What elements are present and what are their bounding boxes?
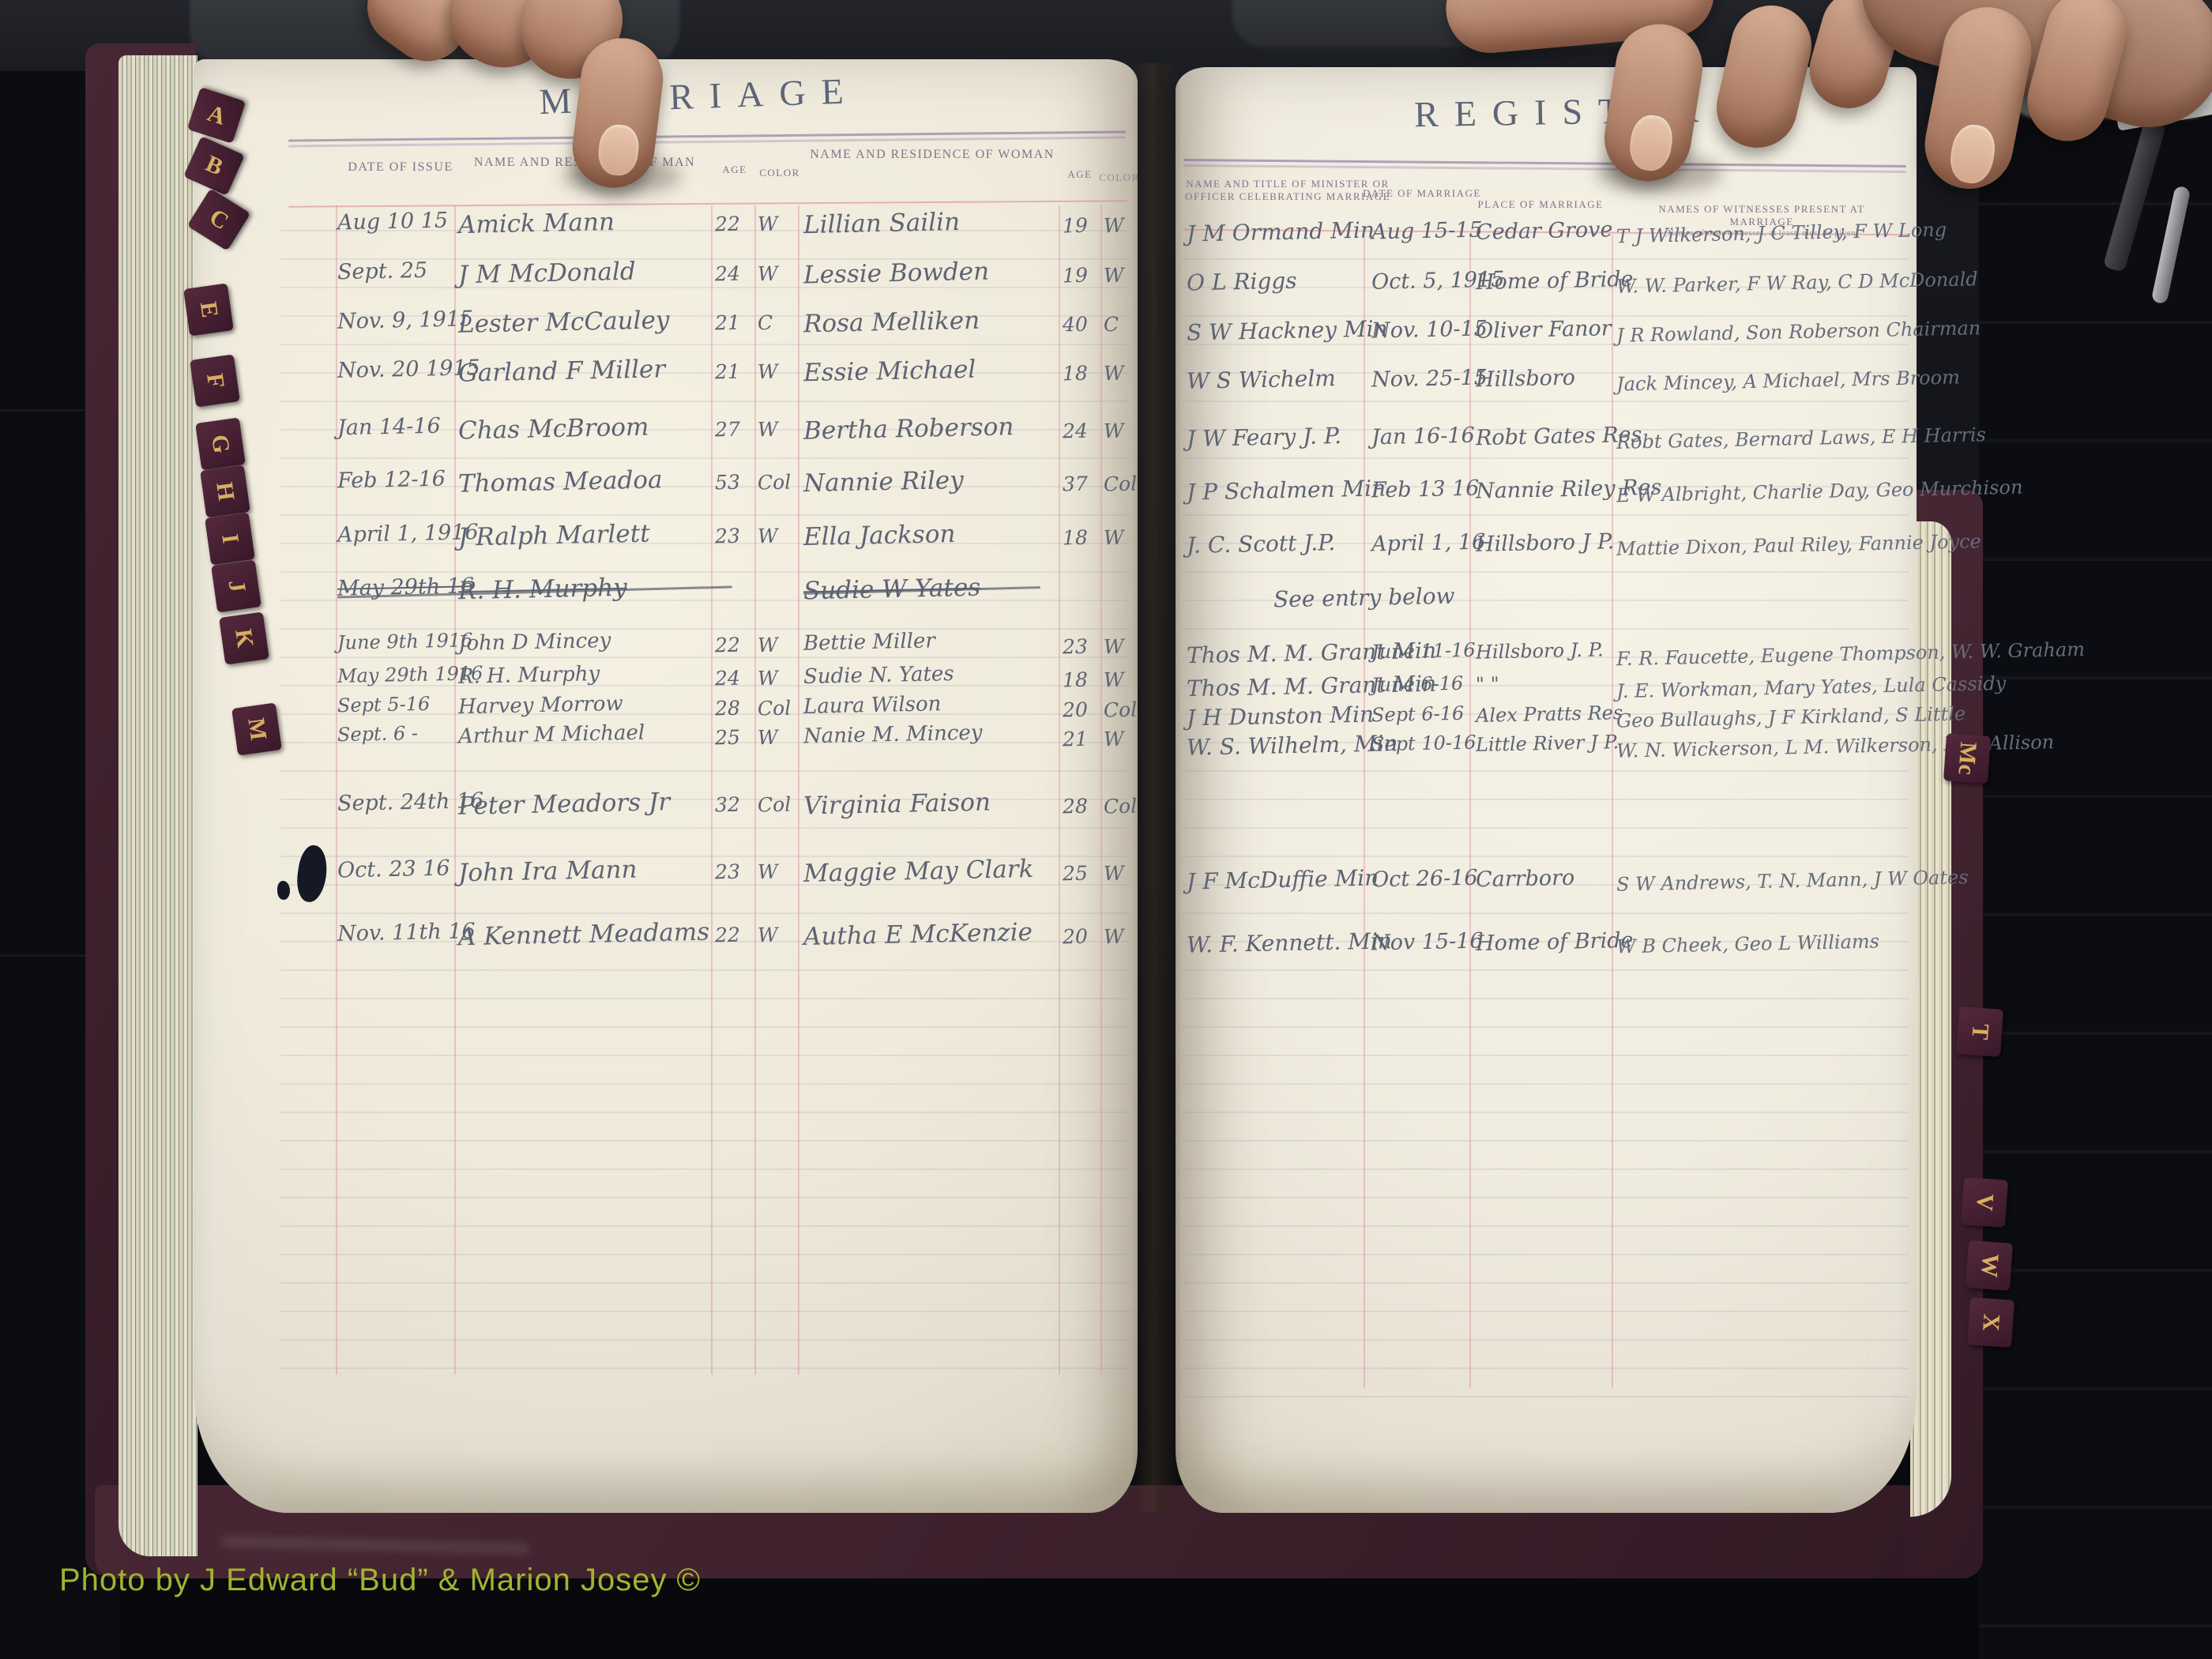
index-tab-w: W (1966, 1240, 2013, 1291)
entry-place-of-marriage: Home of Bride (1476, 267, 1634, 295)
tab-letter: T (1966, 1023, 1993, 1040)
entry-woman-age: 40 (1063, 313, 1088, 337)
entry-woman-name: Bettie Miller (803, 629, 935, 655)
entry-date-of-marriage: Nov. 25-15 (1371, 365, 1488, 392)
entry-woman-name: Lillian Sailin (803, 208, 961, 239)
tab-letter: A (204, 100, 228, 130)
col-header-name-woman: NAME AND RESIDENCE OF WOMAN (810, 148, 1055, 162)
entry-man-name: Lester McCauley (458, 306, 670, 339)
column-line (754, 205, 756, 1375)
index-tab-e: E (183, 283, 234, 336)
tab-letter: M (242, 717, 272, 743)
entry-man-name: Chas McBroom (458, 412, 649, 445)
entry-minister: J F McDuffie Min (1187, 864, 1379, 894)
entry-man-name: Thomas Meadoa (458, 465, 663, 498)
entry-woman-color: C (1104, 313, 1119, 336)
entry-date-of-issue: Sept. 25 (337, 258, 428, 284)
entry-date-of-marriage: Aug 15-15 (1371, 218, 1483, 245)
index-tab-x: X (1967, 1297, 2014, 1348)
entry-date-of-issue: Jan 14-16 (337, 414, 441, 441)
entry-woman-color: W (1104, 264, 1124, 288)
entry-woman-color: W (1104, 728, 1124, 751)
entry-man-age: 25 (715, 726, 740, 750)
entry-place-of-marriage: Alex Pratts Res (1476, 702, 1623, 727)
entry-man-color: W (758, 213, 778, 236)
entry-woman-name: Bertha Roberson (803, 412, 1014, 446)
entry-woman-age: 20 (1063, 698, 1088, 722)
entry-date-of-marriage: Oct 26-16 (1371, 866, 1478, 893)
column-line (1364, 235, 1365, 1388)
left-page: MARRIAGE DATE OF ISSUE NAME AND RESIDENC… (194, 59, 1138, 1513)
entry-woman-color: W (1104, 925, 1124, 949)
entry-woman-age: 21 (1063, 728, 1088, 751)
entry-man-color: Col (758, 697, 792, 720)
entry-man-color: W (758, 360, 778, 384)
tab-letter: X (1977, 1313, 2004, 1332)
entry-man-age: 21 (715, 360, 740, 384)
column-line (1059, 205, 1060, 1375)
entry-woman-age: 19 (1063, 264, 1088, 288)
entry-man-color: Col (758, 471, 792, 495)
entry-man-color: W (758, 924, 778, 947)
entry-man-age: 22 (715, 213, 740, 236)
entry-woman-age: 25 (1063, 862, 1088, 886)
ink-blot (277, 881, 290, 900)
entry-date-of-issue: Oct. 23 16 (337, 856, 450, 883)
photographer-watermark: Photo by J Edward “Bud” & Marion Josey © (59, 1563, 701, 1598)
col-header-age: AGE (722, 164, 747, 176)
col-header-age-2: AGE (1067, 168, 1092, 181)
entry-woman-age: 23 (1063, 635, 1088, 659)
entry-woman-age: 18 (1063, 362, 1088, 386)
entry-man-name: Peter Meadors Jr (458, 788, 671, 821)
entry-man-name: R. H. Murphy (458, 662, 600, 689)
column-line (798, 205, 799, 1375)
entry-woman-age: 18 (1063, 668, 1088, 692)
ruled-lines (1182, 231, 1909, 1401)
entry-minister: O L Riggs (1187, 268, 1297, 296)
tab-letter: J (222, 578, 250, 594)
photo-of-marriage-register-book: MARRIAGE DATE OF ISSUE NAME AND RESIDENC… (0, 0, 2212, 1659)
tab-letter: I (216, 532, 243, 545)
index-tab-g: G (195, 417, 246, 470)
index-tab-m: M (231, 702, 282, 755)
entry-date-of-marriage: Nov. 10-15 (1371, 316, 1488, 343)
entry-man-color: W (758, 525, 778, 548)
entry-woman-name: Virginia Faison (803, 788, 991, 821)
entry-woman-name: Ella Jackson (803, 520, 956, 551)
entry-date-of-issue: Sept. 6 - (337, 722, 418, 746)
entry-place-of-marriage: Hillsboro J. P. (1476, 638, 1604, 663)
entry-date-of-marriage: Feb 13 16 (1371, 476, 1480, 503)
tab-letter: W (1975, 1253, 2003, 1278)
tab-letter: K (230, 627, 259, 649)
entry-minister: W. S. Wilhelm, Min (1187, 730, 1398, 761)
entry-date-of-marriage: Sept 6-16 (1371, 702, 1465, 726)
index-tab-i: I (205, 512, 255, 565)
entry-place-of-marriage: Cedar Grove (1476, 217, 1613, 245)
entry-woman-name: Rosa Melliken (803, 307, 980, 339)
tab-letter: F (201, 372, 229, 390)
entry-man-name: Amick Mann (458, 208, 615, 239)
entry-man-age: 23 (715, 860, 740, 884)
entry-woman-name: Autha E McKenzie (803, 918, 1033, 951)
col-header-date-of-marriage: DATE OF MARRIAGE (1363, 187, 1481, 200)
entry-minister: W S Wichelm (1187, 365, 1336, 394)
entry-man-age: 24 (715, 667, 740, 690)
entry-man-age: 27 (715, 418, 740, 442)
entry-woman-color: W (1104, 862, 1124, 886)
entry-woman-color: W (1104, 668, 1124, 692)
entry-woman-color: W (1104, 362, 1124, 386)
entry-man-color: W (758, 262, 778, 286)
entry-date-of-marriage: Nov 15-16 (1371, 929, 1484, 956)
entry-man-age: 24 (715, 262, 740, 286)
entry-woman-name: Laura Wilson (803, 692, 942, 719)
entry-man-name: Arthur M Michael (458, 721, 645, 749)
entry-minister: J W Feary J. P. (1187, 423, 1342, 452)
entry-woman-color: W (1104, 419, 1124, 443)
entry-man-color: Col (758, 793, 792, 817)
entry-man-age: 53 (715, 471, 740, 495)
entry-woman-name: Essie Michael (803, 355, 976, 388)
entry-place-of-marriage: Hillsboro (1476, 366, 1576, 393)
index-tab-mc: Mc (1943, 733, 1991, 784)
entry-place-of-marriage: Oliver Fanor (1476, 316, 1612, 344)
entry-man-color: W (758, 667, 778, 690)
index-tab-t: T (1956, 1006, 2003, 1057)
entry-woman-color: W (1104, 526, 1124, 550)
entry-man-color: W (758, 418, 778, 442)
entry-place-of-marriage: Carrboro (1476, 866, 1575, 893)
entry-woman-age: 24 (1063, 419, 1088, 443)
entry-minister: S W Hackney Min (1187, 315, 1388, 345)
entry-woman-age: 19 (1063, 214, 1088, 238)
tab-letter: E (194, 300, 223, 320)
entry-minister: See entry below (1273, 583, 1455, 613)
entry-date-of-marriage: Jan 16-16 (1371, 423, 1475, 450)
entry-woman-name: Nannie Riley (803, 466, 964, 498)
entry-place-of-marriage: Little River J P. (1476, 731, 1619, 756)
entry-place-of-marriage: " " (1476, 673, 1499, 696)
index-tab-j: J (211, 559, 261, 612)
entry-woman-age: 18 (1063, 526, 1088, 550)
entry-minister: J H Dunston Min (1187, 702, 1375, 732)
entry-minister: J M Ormand Min (1187, 217, 1375, 247)
dark-table-right (1979, 87, 2212, 1659)
index-tab-f: F (190, 354, 240, 407)
entry-date-of-marriage: April 1, 16 (1371, 529, 1486, 556)
entry-man-name: A Kennett Meadams (458, 918, 710, 952)
entry-man-color: W (758, 860, 778, 884)
column-line (711, 205, 713, 1375)
entry-woman-age: 28 (1063, 795, 1088, 818)
column-line (1469, 235, 1471, 1388)
entry-man-color: C (758, 311, 773, 334)
entry-woman-color: W (1104, 635, 1124, 659)
entry-man-name: J Ralph Marlett (458, 519, 650, 551)
column-line (1612, 235, 1613, 1388)
entry-man-color: W (758, 726, 778, 750)
entry-man-age: 28 (715, 697, 740, 720)
entry-man-name: Harvey Morrow (458, 692, 623, 719)
entry-minister: W. F. Kennett. Min (1187, 927, 1393, 957)
entry-date-of-issue: Aug 10 15 (337, 209, 449, 235)
entry-woman-age: 20 (1063, 925, 1088, 949)
entry-minister: J. C. Scott J.P. (1187, 529, 1336, 559)
entry-place-of-marriage: Home of Bride (1476, 928, 1634, 956)
entry-date-of-issue: Feb 12-16 (337, 467, 446, 494)
col-header-place-of-marriage: PLACE OF MARRIAGE (1477, 198, 1603, 211)
column-line (1100, 205, 1102, 1375)
book-gutter-shadow (1131, 63, 1182, 1513)
page-stack-left (118, 55, 197, 1556)
entry-woman-name: Maggie May Clark (803, 855, 1034, 888)
entry-woman-name: Nanie M. Mincey (803, 721, 983, 749)
tab-letter: V (1970, 1193, 1998, 1212)
entry-date-of-issue: Sept 5-16 (337, 693, 431, 717)
entry-man-name: J M McDonald (458, 258, 636, 290)
entry-date-of-marriage: Sept 10-16 (1371, 732, 1477, 756)
tab-letter: G (206, 433, 235, 455)
tab-letter: C (205, 204, 233, 235)
entry-place-of-marriage: Hillsboro J P. (1476, 529, 1615, 557)
right-page: REGISTER NAME AND TITLE OF MINISTER OR O… (1176, 67, 1917, 1513)
entry-woman-color: W (1104, 214, 1124, 238)
index-tab-h: H (200, 465, 250, 517)
tab-letter: H (211, 480, 240, 502)
entry-man-age: 22 (715, 924, 740, 947)
entry-date-of-marriage: June 11-16 (1371, 639, 1476, 664)
entry-date-of-issue: Nov. 11th 16 (337, 919, 476, 946)
entry-man-age: 23 (715, 525, 740, 548)
entry-man-name: John D Mincey (458, 629, 611, 656)
entry-man-name: Garland F Miller (458, 355, 666, 387)
entry-man-age: 21 (715, 311, 740, 335)
tab-letter: Mc (1953, 741, 1982, 776)
entry-date-of-issue: Nov. 9, 1915 (337, 307, 474, 334)
entry-woman-name: Sudie N. Yates (803, 662, 954, 689)
index-tab-v: V (1961, 1177, 2008, 1228)
col-header-color: COLOR (759, 167, 800, 179)
entry-minister: J P Schalmen Min (1187, 475, 1386, 505)
entry-man-age: 22 (715, 634, 740, 657)
entry-woman-age: 37 (1063, 472, 1088, 496)
entry-date-of-issue: June 9th 1916 (337, 629, 473, 654)
entry-woman-name: Lessie Bowden (803, 258, 990, 290)
index-tab-k: K (219, 611, 269, 664)
entry-man-name: John Ira Mann (458, 856, 638, 888)
entry-man-age: 32 (715, 793, 740, 817)
entry-date-of-marriage: June 6-16 (1371, 672, 1464, 696)
col-header-date-of-issue: DATE OF ISSUE (348, 160, 453, 175)
entry-man-color: W (758, 634, 778, 657)
tab-letter: B (201, 150, 227, 181)
